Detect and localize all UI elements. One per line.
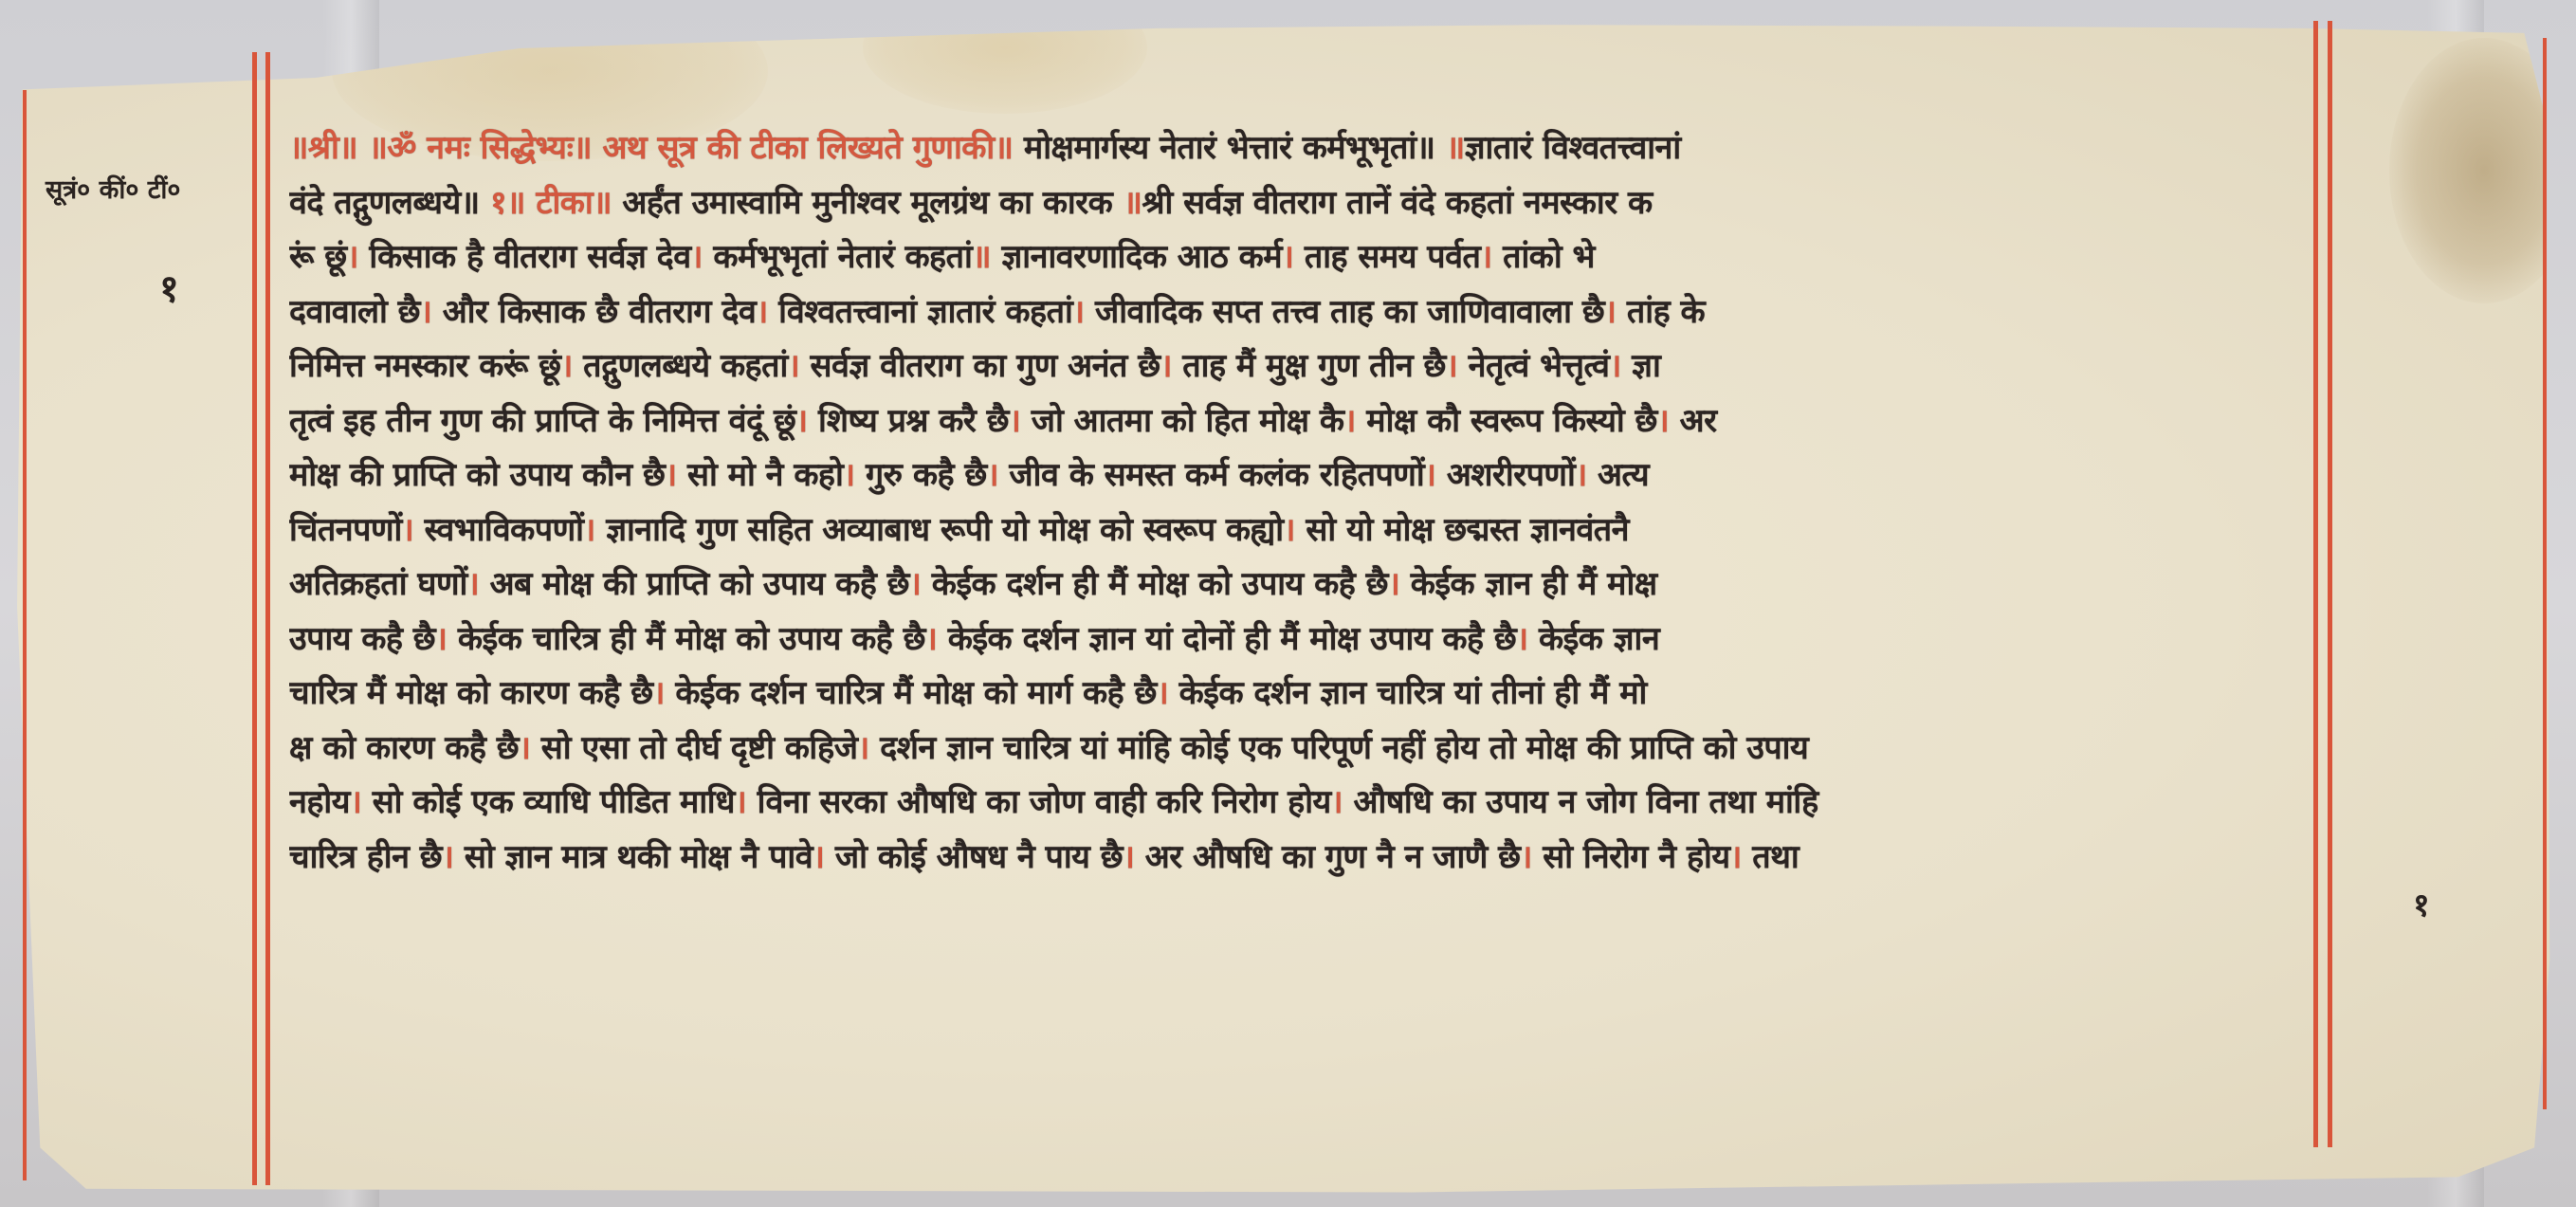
rubric-segment: । — [1344, 402, 1367, 440]
rubric-segment: । — [1123, 838, 1145, 876]
text-line: चिंतनपणों। स्वभाविकपणों। ज्ञानादि गुण सह… — [289, 503, 2309, 558]
left-margin-title: सूत्रं० कीं० टीं० — [46, 171, 180, 206]
text-segment: तांको भे — [1503, 238, 1595, 276]
text-line: वंदे तद्गुणलब्धये॥ १॥ टीका॥ अर्हंत उमास्… — [289, 176, 2309, 231]
text-segment: अब मोक्ष की प्राप्ति को उपाय कहै छै — [490, 565, 909, 603]
text-segment: अर औषधि का गुण नै न जाणै छै — [1145, 838, 1521, 876]
text-segment: सो यो मोक्ष छद्मस्त ज्ञानवंतनै — [1306, 511, 1629, 549]
text-segment: नहोय — [289, 783, 350, 821]
text-segment: सो मो नै कहो — [687, 456, 843, 494]
rubric-segment: । — [653, 674, 676, 712]
dark-stain — [2389, 38, 2576, 303]
rubric-segment: ॥श्री॥ ॥ॐ नमः सिद्धेभ्यः॥ अथ सूत्र की टी… — [289, 129, 1024, 167]
rubric-segment: । — [1516, 620, 1539, 658]
text-segment: तांह के — [1627, 293, 1705, 331]
text-segment: तद्गुणलब्धये कहतां — [583, 347, 788, 385]
text-segment: ज्ञानादि गुण सहित अव्याबाध रूपी यो मोक्ष… — [606, 511, 1283, 549]
rubric-segment: । — [1331, 783, 1354, 821]
rubric-segment: । — [1521, 838, 1544, 876]
rubric-segment: । — [1657, 402, 1680, 440]
inner-right-rule-2 — [2328, 21, 2332, 1147]
right-margin-folio-number: १ — [2413, 882, 2430, 925]
inner-left-rule-1 — [252, 52, 257, 1185]
text-segment: विना सरका औषधि का जोण वाही करि निरोग होय — [758, 783, 1331, 821]
text-line: चारित्र मैं मोक्ष को कारण कहै छै। केईक द… — [289, 667, 2309, 722]
water-stain — [863, 0, 1147, 114]
text-segment: गुरु कहै छै — [866, 456, 987, 494]
rubric-segment: । — [1009, 402, 1032, 440]
rubric-segment: । — [1424, 456, 1447, 494]
rubric-segment: । — [795, 402, 818, 440]
rubric-segment: । — [691, 238, 714, 276]
text-segment: केईक चारित्र ही मैं मोक्ष को उपाय कहै छै — [458, 620, 925, 658]
rubric-segment: । — [756, 293, 778, 331]
text-segment: अत्य — [1598, 456, 1649, 494]
rubric-segment: । — [1157, 674, 1179, 712]
rubric-segment: । — [1480, 238, 1503, 276]
rubric-segment: । — [1388, 565, 1411, 603]
text-segment: किसाक है वीतराग सर्वज्ञ देव — [369, 238, 690, 276]
rubric-segment: । — [583, 511, 606, 549]
rubric-segment: । — [909, 565, 932, 603]
text-line: नहोय। सो कोई एक व्याधि पीडित माधि। विना … — [289, 776, 2309, 831]
rubric-segment: । — [347, 238, 370, 276]
rubric-segment: । — [1575, 456, 1598, 494]
text-segment: केईक ज्ञान ही मैं मोक्ष — [1411, 565, 1657, 603]
text-segment: सो कोई एक व्याधि पीडित माधि — [373, 783, 735, 821]
text-segment: औषधि का उपाय न जोग विना तथा मांहि — [1353, 783, 1818, 821]
text-line: तृत्वं इह तीन गुण की प्राप्ति के निमित्त… — [289, 394, 2309, 449]
text-line: क्ष को कारण कहै छै। सो एसा तो दीर्घ दृष्… — [289, 722, 2309, 777]
outer-left-rule — [23, 90, 27, 1180]
text-segment: जीव के समस्त कर्म कलंक रहितपणों — [1009, 456, 1424, 494]
text-segment: ज्ञानावरणादिक आठ कर्म — [1002, 238, 1283, 276]
text-segment: रूं छूं — [289, 238, 347, 276]
text-segment: केईक दर्शन ज्ञान चारित्र यां तीनां ही मै… — [1179, 674, 1647, 712]
text-segment: सो एसा तो दीर्घ दृष्टी कहिजे — [541, 729, 858, 767]
text-segment: केईक दर्शन चारित्र मैं मोक्ष को मार्ग कह… — [675, 674, 1157, 712]
rubric-segment: । — [467, 565, 490, 603]
text-segment: वंदे तद्गुणलब्धये॥ — [289, 184, 490, 222]
rubric-segment: । — [442, 838, 465, 876]
rubric-segment: । — [402, 511, 425, 549]
text-segment: स्वभाविकपणों — [425, 511, 584, 549]
rubric-segment: । — [420, 293, 443, 331]
text-segment: शिष्य प्रश्न करै छै — [818, 402, 1009, 440]
text-segment: निमित्त नमस्कार करूं छूं — [289, 347, 560, 385]
text-segment: विश्वतत्त्वानां ज्ञातारं कहतां — [778, 293, 1072, 331]
text-segment: अर — [1680, 402, 1717, 440]
text-segment: तृत्वं इह तीन गुण की प्राप्ति के निमित्त… — [289, 402, 795, 440]
text-segment: अर्हंत उमास्वामि मुनीश्वर मूलग्रंथ का का… — [622, 184, 1123, 222]
inner-left-rule-2 — [265, 52, 270, 1185]
rubric-segment: । — [350, 783, 373, 821]
text-line: उपाय कहै छै। केईक चारित्र ही मैं मोक्ष क… — [289, 613, 2309, 668]
text-segment: दवावालो छै — [289, 293, 420, 331]
rubric-segment: ॥ — [972, 238, 1001, 276]
outer-right-rule — [2543, 38, 2547, 1109]
text-line: चारित्र हीन छै। सो ज्ञान मात्र थकी मोक्ष… — [289, 831, 2309, 886]
text-segment: अशरीरपणों — [1447, 456, 1575, 494]
text-line: रूं छूं। किसाक है वीतराग सर्वज्ञ देव। कर… — [289, 230, 2309, 285]
rubric-segment: । — [1160, 347, 1183, 385]
manuscript-text-block: ॥श्री॥ ॥ॐ नमः सिद्धेभ्यः॥ अथ सूत्र की टी… — [289, 121, 2309, 885]
rubric-segment: । — [1446, 347, 1469, 385]
text-segment: जो कोई औषध नै पाय छै — [835, 838, 1123, 876]
text-segment: कर्मभूभृतां नेतारं कहतां — [713, 238, 972, 276]
text-line: अतिक्रहतां घणों। अब मोक्ष की प्राप्ति को… — [289, 558, 2309, 613]
text-segment: और किसाक छै वीतराग देव — [443, 293, 757, 331]
text-segment: सर्वज्ञ वीतराग का गुण अनंत छै — [811, 347, 1160, 385]
text-segment: केईक दर्शन ज्ञान यां दोनों ही मैं मोक्ष … — [948, 620, 1517, 658]
rubric-segment: ॥ — [1124, 184, 1142, 222]
rubric-segment: । — [1284, 511, 1306, 549]
rubric-segment: । — [987, 456, 1010, 494]
text-segment: जीवादिक सप्त तत्त्व ताह का जाणिवावाला छै — [1095, 293, 1604, 331]
text-segment: श्री सर्वज्ञ वीतराग तानें वंदे कहतां नमस… — [1142, 184, 1652, 222]
text-segment: क्ष को कारण कहै छै — [289, 729, 519, 767]
inner-right-rule-1 — [2313, 21, 2318, 1147]
text-segment: मोक्षमार्गस्य नेतारं भेत्तारं कर्मभूभृता… — [1024, 129, 1446, 167]
rubric-segment: । — [735, 783, 758, 821]
text-segment: तथा — [1752, 838, 1799, 876]
rubric-segment: । — [925, 620, 948, 658]
text-segment: चारित्र हीन छै — [289, 838, 442, 876]
rubric-segment: । — [1604, 293, 1627, 331]
text-segment: चारित्र मैं मोक्ष को कारण कहै छै — [289, 674, 653, 712]
text-segment: ताह समय पर्वत — [1305, 238, 1481, 276]
text-segment: सो निरोग नै होय — [1543, 838, 1729, 876]
rubric-segment: १॥ टीका॥ — [490, 184, 622, 222]
text-segment: ताह मैं मुक्ष गुण तीन छै — [1182, 347, 1446, 385]
text-segment: केईक दर्शन ही मैं मोक्ष को उपाय कहै छै — [932, 565, 1388, 603]
rubric-segment: । — [857, 729, 880, 767]
rubric-segment: । — [1282, 238, 1305, 276]
text-segment: सो ज्ञान मात्र थकी मोक्ष नै पावे — [465, 838, 813, 876]
text-segment: दर्शन ज्ञान चारित्र यां मांहि कोई एक परि… — [880, 729, 1808, 767]
rubric-segment: । — [560, 347, 583, 385]
text-line: ॥श्री॥ ॥ॐ नमः सिद्धेभ्यः॥ अथ सूत्र की टी… — [289, 121, 2309, 176]
rubric-segment: । — [788, 347, 811, 385]
text-line: निमित्त नमस्कार करूं छूं। तद्गुणलब्धये क… — [289, 339, 2309, 394]
text-segment: ज्ञातारं विश्वतत्त्वानां — [1465, 129, 1681, 167]
text-segment: जो आतमा को हित मोक्ष कै — [1032, 402, 1344, 440]
left-margin-folio-number: १ — [159, 261, 179, 313]
rubric-segment: ॥ — [1446, 129, 1465, 167]
text-segment: ज्ञा — [1632, 347, 1660, 385]
rubric-segment: । — [1609, 347, 1632, 385]
rubric-segment: । — [435, 620, 458, 658]
text-segment: उपाय कहै छै — [289, 620, 435, 658]
text-segment: चिंतनपणों — [289, 511, 402, 549]
rubric-segment: । — [843, 456, 866, 494]
text-segment: अतिक्रहतां घणों — [289, 565, 467, 603]
text-line: मोक्ष की प्राप्ति को उपाय कौन छै। सो मो … — [289, 448, 2309, 503]
text-segment: केईक ज्ञान — [1539, 620, 1659, 658]
text-segment: मोक्ष कौ स्वरूप किस्यो छै — [1366, 402, 1657, 440]
text-segment: मोक्ष की प्राप्ति को उपाय कौन छै — [289, 456, 665, 494]
rubric-segment: । — [813, 838, 835, 876]
rubric-segment: । — [665, 456, 687, 494]
text-line: दवावालो छै। और किसाक छै वीतराग देव। विश्… — [289, 285, 2309, 340]
rubric-segment: । — [519, 729, 541, 767]
rubric-segment: । — [1730, 838, 1753, 876]
text-segment: नेतृत्वं भेत्तृत्वं — [1469, 347, 1610, 385]
rubric-segment: । — [1072, 293, 1095, 331]
